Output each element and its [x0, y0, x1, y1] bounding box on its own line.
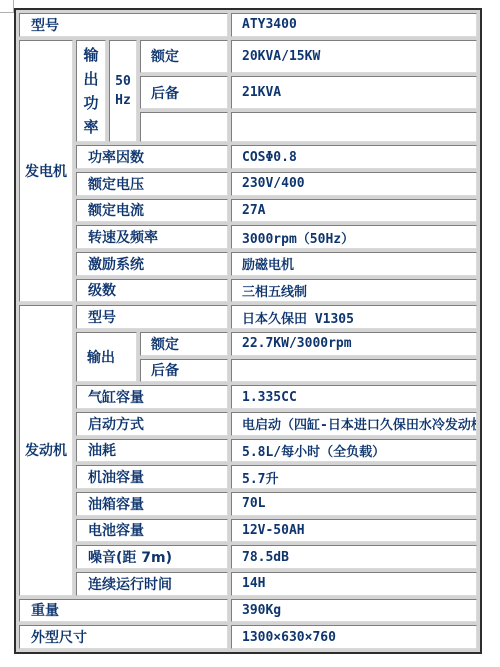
spec-label: 转速及频率 [76, 225, 228, 249]
table-row: 型号 ATY3400 [19, 13, 477, 37]
engine-standby-label: 后备 [140, 359, 228, 383]
model-value: ATY3400 [231, 13, 477, 37]
generator-frequency-cell: 50 Hz [109, 40, 137, 143]
output-power-vertical-text: 输出功率 [83, 43, 99, 139]
table-row: 连续运行时间 14H [19, 572, 477, 596]
table-row: 启动方式 电启动（四缸-日本进口久保田水冷发动机） [19, 412, 477, 436]
generator-output-empty-value [231, 112, 477, 142]
generator-rated-label: 额定 [140, 40, 228, 73]
frequency-value: 50 [110, 72, 136, 91]
table-row: 额定电压 230V/400 [19, 172, 477, 196]
broken-image-placeholder [0, 0, 14, 13]
spec-label: 额定电压 [76, 172, 228, 196]
spec-value: 78.5dB [231, 545, 477, 569]
table-row: 发动机 型号 日本久保田 V1305 [19, 305, 477, 329]
spec-value: COSΦ0.8 [231, 145, 477, 169]
spec-value: 5.7升 [231, 465, 477, 489]
table-row: 噪音(距 7m) 78.5dB [19, 545, 477, 569]
model-label: 型号 [19, 13, 228, 37]
table-row: 输出 额定 22.7KW/3000rpm [19, 332, 477, 356]
engine-rated-label: 额定 [140, 332, 228, 356]
generator-output-empty-label [140, 112, 228, 142]
spec-label: 机油容量 [76, 465, 228, 489]
engine-model-label: 型号 [76, 305, 228, 329]
spec-table: 型号 ATY3400 发电机 输出功率 50 Hz 额定 20KVA/15KW … [14, 8, 482, 654]
table-row: 功率因数 COSΦ0.8 [19, 145, 477, 169]
spec-value: 27A [231, 199, 477, 223]
spec-label: 功率因数 [76, 145, 228, 169]
spec-label: 噪音(距 7m) [76, 545, 228, 569]
generator-section-label: 发电机 [19, 40, 73, 303]
spec-label: 油耗 [76, 439, 228, 463]
spec-value: 1.335CC [231, 385, 477, 409]
spec-label: 启动方式 [76, 412, 228, 436]
engine-section-label: 发动机 [19, 305, 73, 595]
table-row: 气缸容量 1.335CC [19, 385, 477, 409]
table-row: 激励系统 励磁电机 [19, 252, 477, 276]
spec-value: 三相五线制 [231, 279, 477, 303]
spec-label: 连续运行时间 [76, 572, 228, 596]
weight-value: 390Kg [231, 599, 477, 623]
spec-label: 气缸容量 [76, 385, 228, 409]
spec-value: 5.8L/每小时（全负载） [231, 439, 477, 463]
spec-value: 励磁电机 [231, 252, 477, 276]
table-row: 电池容量 12V-50AH [19, 519, 477, 543]
spec-label: 级数 [76, 279, 228, 303]
engine-standby-value [231, 359, 477, 383]
engine-rated-value: 22.7KW/3000rpm [231, 332, 477, 356]
engine-output-label: 输出 [76, 332, 137, 382]
table-row: 机油容量 5.7升 [19, 465, 477, 489]
spec-label: 电池容量 [76, 519, 228, 543]
spec-value: 电启动（四缸-日本进口久保田水冷发动机） [231, 412, 477, 436]
spec-value: 3000rpm（50Hz） [231, 225, 477, 249]
generator-standby-value: 21KVA [231, 76, 477, 109]
generator-standby-label: 后备 [140, 76, 228, 109]
table-row: 重量 390Kg [19, 599, 477, 623]
table-row: 级数 三相五线制 [19, 279, 477, 303]
table-row: 外型尺寸 1300×630×760 [19, 625, 477, 649]
spec-label: 油箱容量 [76, 492, 228, 516]
frequency-unit: Hz [110, 91, 136, 110]
table-row: 油耗 5.8L/每小时（全负载） [19, 439, 477, 463]
generator-output-power-label: 输出功率 [76, 40, 106, 143]
weight-label: 重量 [19, 599, 228, 623]
spec-value: 14H [231, 572, 477, 596]
table-row: 发电机 输出功率 50 Hz 额定 20KVA/15KW [19, 40, 477, 73]
spec-value: 12V-50AH [231, 519, 477, 543]
dimensions-value: 1300×630×760 [231, 625, 477, 649]
table-row: 油箱容量 70L [19, 492, 477, 516]
table-row: 转速及频率 3000rpm（50Hz） [19, 225, 477, 249]
table-row: 额定电流 27A [19, 199, 477, 223]
spec-label: 额定电流 [76, 199, 228, 223]
spec-label: 激励系统 [76, 252, 228, 276]
dimensions-label: 外型尺寸 [19, 625, 228, 649]
spec-value: 70L [231, 492, 477, 516]
engine-model-value: 日本久保田 V1305 [231, 305, 477, 329]
spec-value: 230V/400 [231, 172, 477, 196]
generator-rated-value: 20KVA/15KW [231, 40, 477, 73]
